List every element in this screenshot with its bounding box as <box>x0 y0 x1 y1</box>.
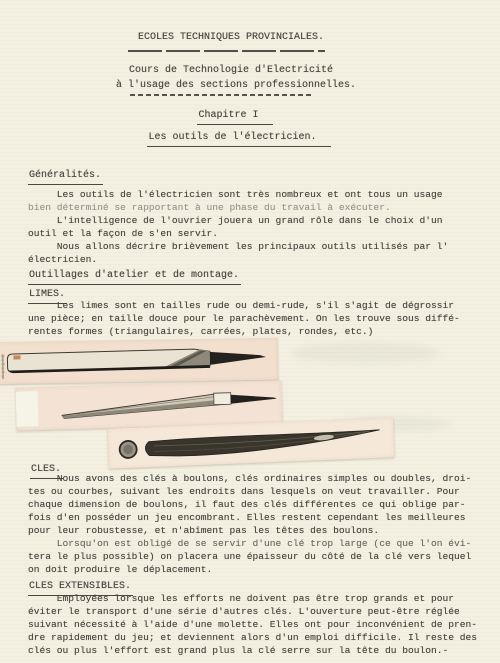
subtitle-divider <box>130 94 313 96</box>
ink-bleed-smudge <box>290 342 440 364</box>
title-divider <box>128 50 325 52</box>
paragraph-cles-extensibles: Employées lorsque les efforts ne doivent… <box>28 592 477 657</box>
paragraph-generalites: Les outils de l'électricien sont très no… <box>28 188 448 266</box>
scanned-document-page: ECOLES TECHNIQUES PROVINCIALES. Cours de… <box>0 0 500 663</box>
institution-title: ECOLES TECHNIQUES PROVINCIALES. <box>0 31 462 44</box>
section-heading-generalites: Généralités. <box>28 169 103 185</box>
course-title: Cours de Technologie d'Electricité <box>0 64 462 78</box>
section-heading-outillages: Outillages d'atelier et de montage. <box>28 269 241 285</box>
course-subtitle: à l'usage des sections professionnelles. <box>0 79 472 93</box>
paragraph-limes: Les limes sont en tailles rude ou demi-r… <box>28 299 460 338</box>
chapter-label: Chapitre I <box>0 109 470 125</box>
chapter-title: Les outils de l'électricien. <box>0 131 478 147</box>
paragraph-cles: Nous avons des clés à boulons, clés ordi… <box>28 472 471 576</box>
flat-file-illustration <box>0 338 278 384</box>
figure-flat-file-photo <box>0 338 278 384</box>
